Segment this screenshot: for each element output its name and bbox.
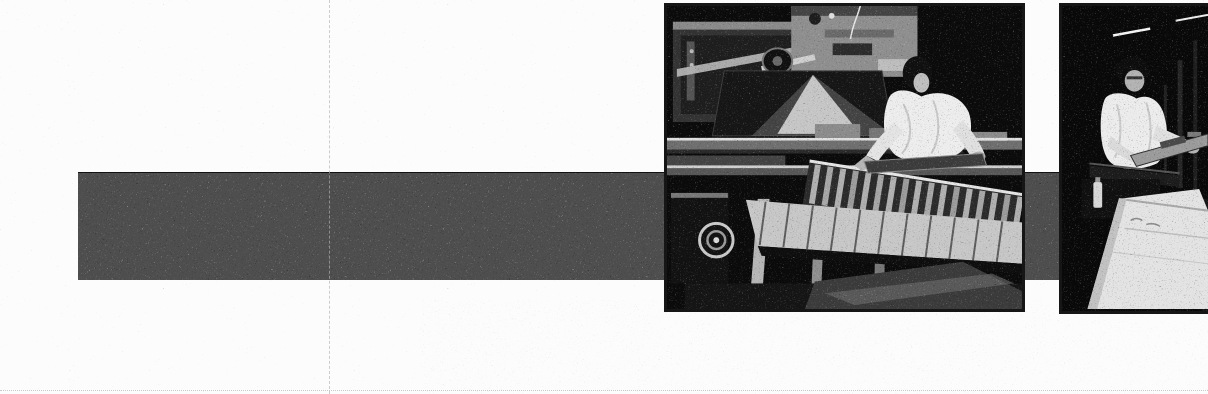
worker-at-conveyor-machine-photo xyxy=(664,3,1025,312)
banner-halftone-texture xyxy=(78,173,1208,280)
scanned-document-page xyxy=(0,0,1208,394)
scan-edge-artifact xyxy=(0,390,1208,391)
scan-fold-artifact xyxy=(329,0,330,394)
grey-halftone-banner xyxy=(78,172,1208,280)
worker-at-assembly-bench-photo xyxy=(1059,3,1208,314)
